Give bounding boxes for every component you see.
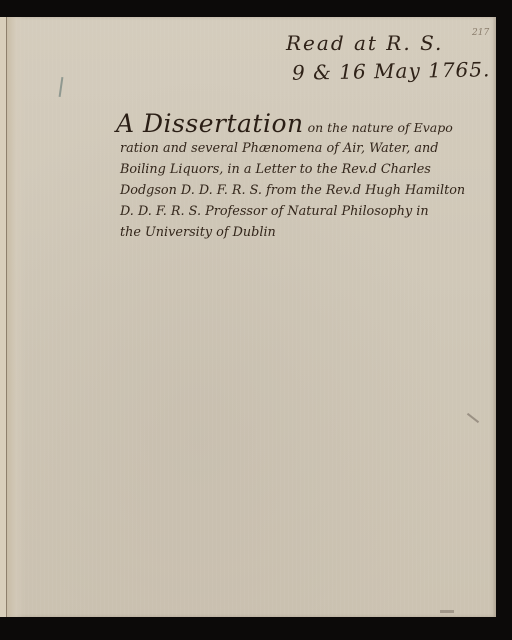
title-block: A Dissertation on the nature of Evapo ra… <box>116 113 494 243</box>
manuscript-scan: 217 Read at R. S. 9 & 16 May 1765. A Dis… <box>0 0 512 640</box>
body-line: Dodgson D. D. F. R. S. from the Rev.d Hu… <box>120 180 494 201</box>
read-note-line-2: 9 & 16 May 1765. <box>292 57 491 84</box>
page-fold-shadow <box>7 17 25 617</box>
read-note-line-1: Read at R. S. <box>286 31 443 55</box>
ink-blot <box>440 610 454 613</box>
body-line: Boiling Liquors, in a Letter to the Rev.… <box>120 159 494 180</box>
body-line: the University of Dublin <box>120 222 494 243</box>
stray-pen-mark <box>467 413 479 423</box>
page-binding-edge <box>0 17 7 617</box>
manuscript-page: 217 Read at R. S. 9 & 16 May 1765. A Dis… <box>0 17 496 617</box>
title-line: A Dissertation on the nature of Evapo <box>116 113 494 138</box>
title-continuation: on the nature of Evapo <box>308 120 453 135</box>
folio-number: 217 <box>472 28 489 38</box>
title-heading: A Dissertation <box>116 109 304 138</box>
ink-stain <box>59 77 64 97</box>
body-line: D. D. F. R. S. Professor of Natural Phil… <box>120 201 494 222</box>
body-line: ration and several Phænomena of Air, Wat… <box>120 138 494 159</box>
